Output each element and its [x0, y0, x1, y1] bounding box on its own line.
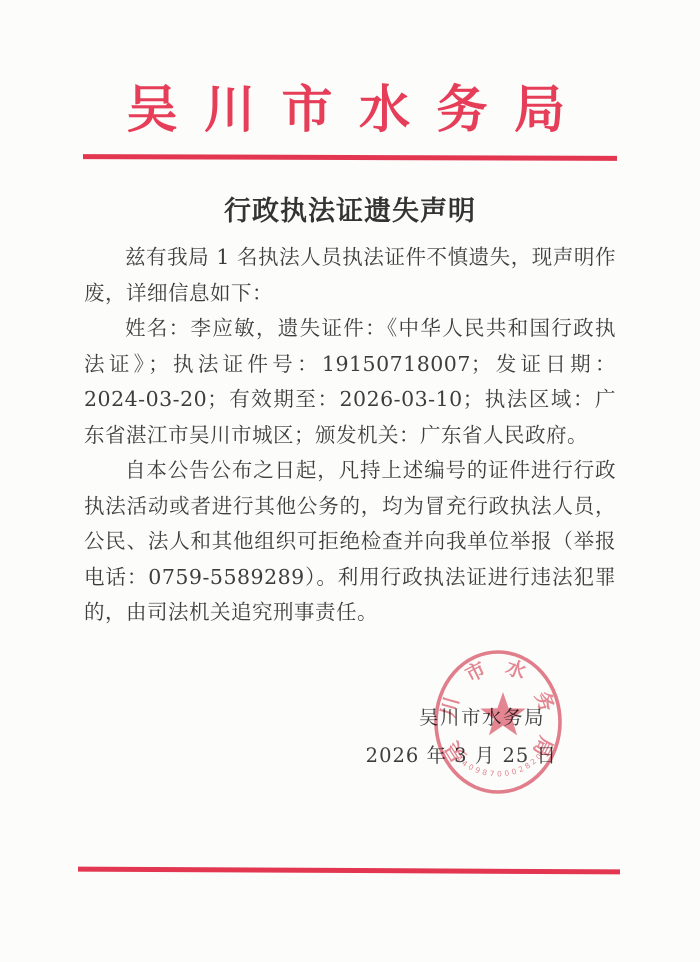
svg-text:0: 0	[497, 769, 502, 778]
paragraph-legal-notice: 自本公告公布之日起，凡持上述编号的证件进行行政执法活动或者进行其他公务的，均为冒…	[84, 453, 616, 631]
letterhead-org-name: 吴川市水务局	[0, 68, 700, 142]
official-seal-stamp: 吴川市水务局 4409870002820	[413, 637, 583, 807]
svg-text:0: 0	[504, 768, 510, 778]
footer-rule	[78, 867, 620, 874]
seal-star-icon	[480, 692, 526, 735]
svg-text:9: 9	[474, 765, 482, 775]
letterhead-rule	[83, 154, 617, 160]
document-title: 行政执法证遗失声明	[0, 189, 700, 228]
document-page: 吴川市水务局 行政执法证遗失声明 兹有我局 1 名执法人员执法证件不慎遗失，现声…	[0, 0, 700, 962]
paragraph-intro: 兹有我局 1 名执法人员执法证件不慎遗失，现声明作废，详细信息如下：	[84, 240, 616, 311]
svg-text:川: 川	[436, 694, 463, 719]
paragraph-certificate-details: 姓名：李应敏，遗失证件：《中华人民共和国行政执法证》；执法证件号：1915071…	[84, 311, 616, 453]
document-body: 兹有我局 1 名执法人员执法证件不慎遗失，现声明作废，详细信息如下： 姓名：李应…	[84, 240, 616, 631]
svg-text:7: 7	[489, 769, 495, 778]
svg-text:8: 8	[481, 768, 488, 778]
